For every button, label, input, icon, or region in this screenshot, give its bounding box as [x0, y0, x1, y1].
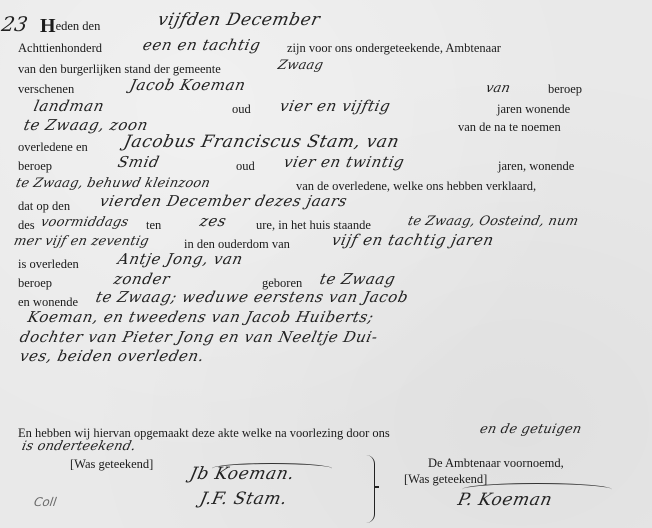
printed-dat-op-den: dat op den — [18, 200, 70, 213]
handwritten-age-deceased: vijf en tachtig jaren — [330, 233, 495, 248]
printed-ambtenaar: zijn voor ons ondergeteekende, Ambtenaar — [287, 42, 501, 55]
signature-witness-2: J.F. Stam. — [198, 491, 289, 508]
printed-beroep-3: beroep — [18, 277, 52, 290]
signature-flourish — [212, 463, 332, 474]
handwritten-birthplace: te Zwaag — [318, 272, 396, 287]
handwritten-time-of-day: voormiddags — [40, 216, 130, 229]
handwritten-hour: zes — [198, 214, 227, 229]
handwritten-date: vijfden December — [156, 12, 322, 29]
printed-jaren-wonende: jaren wonende — [497, 103, 570, 116]
printed-huis-staande: ure, in het huis staande — [256, 219, 371, 232]
handwritten-municipality: Zwaag — [277, 59, 325, 72]
printed-oud-2: oud — [236, 160, 255, 173]
handwritten-spouses: Koeman, en tweedens van Jacob Huiberts; — [26, 310, 375, 325]
printed-beroep-2: beroep — [18, 160, 52, 173]
signature-brace — [366, 455, 375, 523]
printed-jaren-wonende-2: jaren, wonende — [498, 160, 574, 173]
official-title: De Ambtenaar voornoemd, — [428, 457, 564, 470]
printed-na-te-noemen: van de na te noemen — [458, 121, 561, 134]
handwritten-declarant-2: Jacobus Franciscus Stam, van — [122, 134, 401, 151]
handwritten-age-2: vier en twintig — [282, 155, 405, 170]
printed-verschenen: verschenen — [18, 83, 74, 96]
handwritten-occupation-deceased: zonder — [112, 272, 171, 287]
printed-closing: En hebben wij hiervan opgemaakt deze akt… — [18, 427, 390, 440]
printed-is-overleden: is overleden — [18, 258, 79, 271]
printed-verklaard: van de overledene, welke ons hebben verk… — [296, 180, 536, 193]
printed-overledene-en: overledene en — [18, 141, 88, 154]
handwritten-occupation-1: landman — [32, 99, 105, 114]
printed-burgerlijke-stand: van den burgerlijken stand der gemeente — [18, 63, 221, 76]
official-signature-flourish — [462, 483, 612, 496]
printed-achttienhonderd: Achttienhonderd — [18, 42, 102, 55]
certificate-page: 23 Heden den vijfden December Achttienho… — [0, 0, 652, 528]
handwritten-residence-1: te Zwaag, zoon — [22, 118, 149, 133]
handwritten-house-number: mer vijf en zeventig — [13, 235, 150, 248]
printed-heden-den: Heden den — [40, 16, 100, 36]
printed-ouderdom: in den ouderdom van — [184, 238, 290, 251]
printed-text: eden den — [56, 19, 101, 33]
printed-oud: oud — [232, 103, 251, 116]
printed-beroep: beroep — [548, 83, 582, 96]
handwritten-age-1: vier en vijftig — [278, 99, 391, 114]
handwritten-address: te Zwaag, Oosteind, num — [407, 215, 580, 228]
handwritten-widow-line: te Zwaag; weduwe eerstens van Jacob — [94, 290, 409, 305]
handwritten-death-date: vierden December dezes jaars — [98, 194, 348, 209]
printed-ten: ten — [146, 219, 161, 232]
drop-initial: H — [40, 15, 56, 37]
handwritten-declarant-1: Jacob Koeman — [128, 78, 247, 93]
printed-en-wonende: en wonende — [18, 296, 78, 309]
handwritten-parents-deceased: ves, beiden overleden. — [18, 349, 205, 364]
margin-pencil-note: Coll — [33, 495, 57, 509]
handwritten-witnesses-note: en de getuigen — [479, 423, 583, 436]
handwritten-parents: dochter van Pieter Jong en van Neeltje D… — [18, 330, 379, 345]
handwritten-deceased-name: Antje Jong, van — [116, 252, 244, 267]
witnesses-was-geteekend: [Was geteekend] — [70, 458, 153, 471]
handwritten-year: een en tachtig — [141, 38, 262, 53]
handwritten-van: van — [485, 82, 512, 95]
printed-des: des — [18, 219, 35, 232]
record-number: 23 — [0, 12, 30, 36]
official-was-geteekend: [Was geteekend] — [404, 473, 487, 486]
handwritten-occupation-2: Smid — [116, 155, 161, 170]
handwritten-relation: te Zwaag, behuwd kleinzoon — [15, 177, 212, 190]
handwritten-signed: is onderteekend. — [21, 440, 137, 453]
